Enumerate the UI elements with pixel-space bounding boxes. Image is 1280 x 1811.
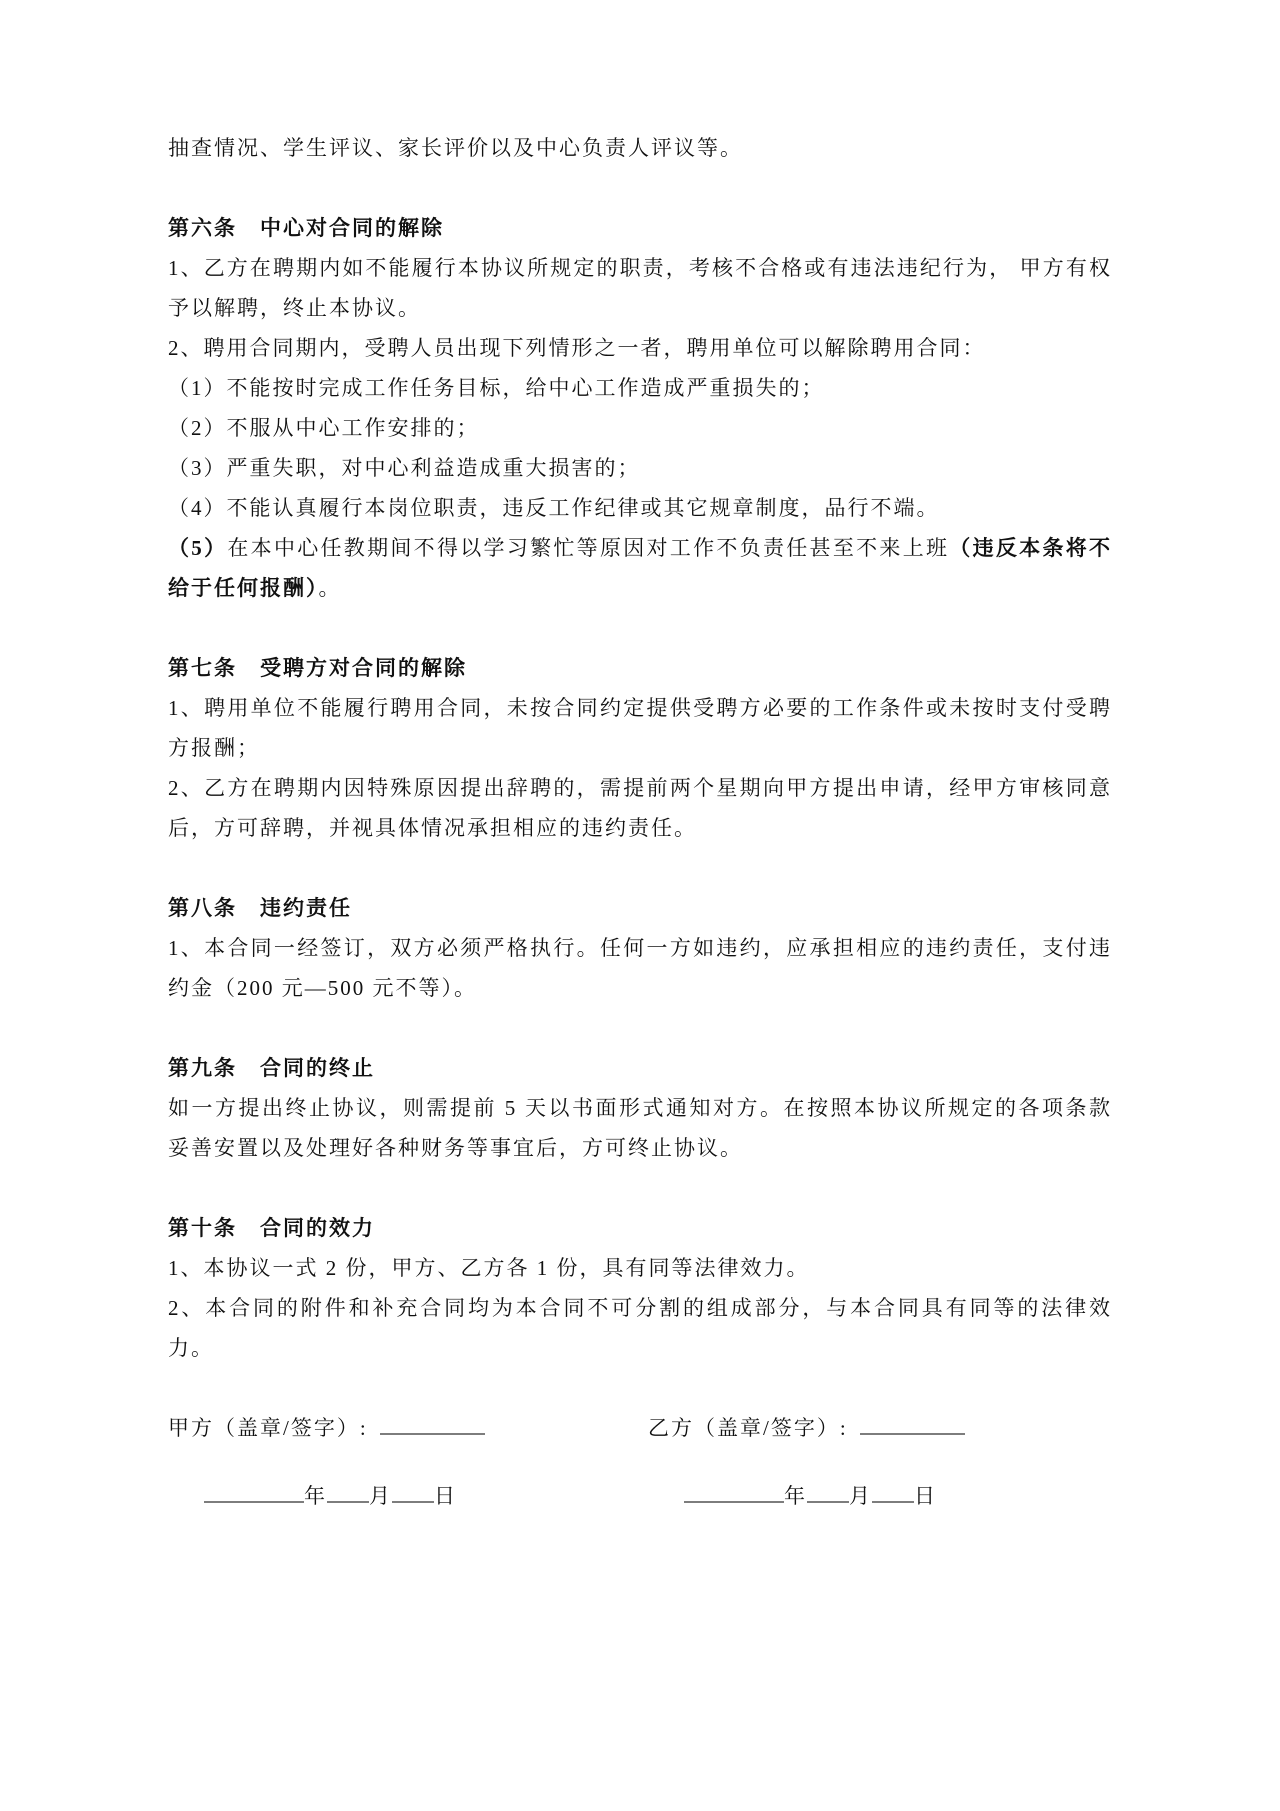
- text-run: 1、聘用单位不能履行聘用合同，未按合同约定提供受聘方必要的工作条件或未按时支付受…: [168, 696, 1112, 760]
- party-a-day-blank: [392, 1480, 434, 1503]
- contract-paragraph: 2、聘用合同期内，受聘人员出现下列情形之一者，聘用单位可以解除聘用合同：: [168, 328, 1112, 368]
- text-run: 。: [319, 576, 342, 600]
- section-heading: 第六条 中心对合同的解除: [168, 208, 1112, 248]
- text-run: （3）严重失职，对中心利益造成重大损害的；: [168, 456, 641, 480]
- party-a-signature-line: 甲方（盖章/签字）:: [168, 1408, 648, 1448]
- text-run: 2、本合同的附件和补充合同均为本合同不可分割的组成部分，与本合同具有同等的法律效…: [168, 1296, 1112, 1360]
- contract-document: 抽查情况、学生评议、家长评价以及中心负责人评议等。 第六条 中心对合同的解除1、…: [168, 128, 1112, 1516]
- contract-paragraph: 1、本协议一式 2 份，甲方、乙方各 1 份，具有同等法律效力。: [168, 1248, 1112, 1288]
- document-page: 抽查情况、学生评议、家长评价以及中心负责人评议等。 第六条 中心对合同的解除1、…: [0, 0, 1280, 1811]
- text-run: （4）不能认真履行本岗位职责，违反工作纪律或其它规章制度，品行不端。: [168, 496, 940, 520]
- contract-paragraph: （4）不能认真履行本岗位职责，违反工作纪律或其它规章制度，品行不端。: [168, 488, 1112, 528]
- party-b-day-blank: [872, 1480, 914, 1503]
- party-b-label: 乙方（盖章/签字）:: [648, 1416, 848, 1440]
- contract-paragraph: （3）严重失职，对中心利益造成重大损害的；: [168, 448, 1112, 488]
- party-a-signature-blank: [380, 1412, 485, 1435]
- text-run: 如一方提出终止协议，则需提前 5 天以书面形式通知对方。在按照本协议所规定的各项…: [168, 1096, 1112, 1160]
- contract-section: 第九条 合同的终止如一方提出终止协议，则需提前 5 天以书面形式通知对方。在按照…: [168, 1048, 1112, 1168]
- bold-text-run: （5）: [168, 536, 227, 560]
- month-label: 月: [369, 1484, 392, 1508]
- party-b-signature-blank: [860, 1412, 965, 1435]
- party-b-year-blank: [684, 1480, 784, 1503]
- party-a-label: 甲方（盖章/签字）:: [168, 1416, 368, 1440]
- text-run: 2、乙方在聘期内因特殊原因提出辞聘的，需提前两个星期向甲方提出申请，经甲方审核同…: [168, 776, 1112, 840]
- party-a-year-blank: [204, 1480, 304, 1503]
- party-b-signature-block: 乙方（盖章/签字）: 年月日: [648, 1408, 1112, 1516]
- section-heading: 第八条 违约责任: [168, 888, 1112, 928]
- contract-section: 第六条 中心对合同的解除1、乙方在聘期内如不能履行本协议所规定的职责，考核不合格…: [168, 208, 1112, 608]
- party-a-date-line: 年月日: [168, 1476, 648, 1516]
- contract-paragraph: 1、乙方在聘期内如不能履行本协议所规定的职责，考核不合格或有违法违纪行为， 甲方…: [168, 248, 1112, 328]
- year-label: 年: [784, 1484, 807, 1508]
- contract-sections: 第六条 中心对合同的解除1、乙方在聘期内如不能履行本协议所规定的职责，考核不合格…: [168, 208, 1112, 1368]
- section-heading: 第九条 合同的终止: [168, 1048, 1112, 1088]
- section-heading: 第十条 合同的效力: [168, 1208, 1112, 1248]
- party-a-signature-block: 甲方（盖章/签字）: 年月日: [168, 1408, 648, 1516]
- day-label: 日: [914, 1484, 937, 1508]
- text-run: 1、乙方在聘期内如不能履行本协议所规定的职责，考核不合格或有违法违纪行为， 甲方…: [168, 256, 1112, 320]
- contract-paragraph: 如一方提出终止协议，则需提前 5 天以书面形式通知对方。在按照本协议所规定的各项…: [168, 1088, 1112, 1168]
- text-run: 1、本合同一经签订，双方必须严格执行。任何一方如违约，应承担相应的违约责任，支付…: [168, 936, 1112, 1000]
- contract-paragraph: （2）不服从中心工作安排的；: [168, 408, 1112, 448]
- contract-paragraph: 2、本合同的附件和补充合同均为本合同不可分割的组成部分，与本合同具有同等的法律效…: [168, 1288, 1112, 1368]
- intro-line: 抽查情况、学生评议、家长评价以及中心负责人评议等。: [168, 128, 1112, 168]
- contract-paragraph: （1）不能按时完成工作任务目标，给中心工作造成严重损失的；: [168, 368, 1112, 408]
- signature-row: 甲方（盖章/签字）: 年月日 乙方（盖章/签字）: 年月日: [168, 1408, 1112, 1516]
- contract-paragraph: （5）在本中心任教期间不得以学习繁忙等原因对工作不负责任甚至不来上班（违反本条将…: [168, 528, 1112, 608]
- text-run: （2）不服从中心工作安排的；: [168, 416, 480, 440]
- party-a-month-blank: [327, 1480, 369, 1503]
- text-run: 1、本协议一式 2 份，甲方、乙方各 1 份，具有同等法律效力。: [168, 1256, 810, 1280]
- party-b-signature-line: 乙方（盖章/签字）:: [648, 1408, 1112, 1448]
- month-label: 月: [849, 1484, 872, 1508]
- party-b-date-line: 年月日: [648, 1476, 1112, 1516]
- contract-section: 第八条 违约责任1、本合同一经签订，双方必须严格执行。任何一方如违约，应承担相应…: [168, 888, 1112, 1008]
- text-run: 2、聘用合同期内，受聘人员出现下列情形之一者，聘用单位可以解除聘用合同：: [168, 336, 986, 360]
- contract-paragraph: 1、聘用单位不能履行聘用合同，未按合同约定提供受聘方必要的工作条件或未按时支付受…: [168, 688, 1112, 768]
- section-heading: 第七条 受聘方对合同的解除: [168, 648, 1112, 688]
- day-label: 日: [434, 1484, 457, 1508]
- party-b-month-blank: [807, 1480, 849, 1503]
- contract-section: 第十条 合同的效力1、本协议一式 2 份，甲方、乙方各 1 份，具有同等法律效力…: [168, 1208, 1112, 1368]
- contract-section: 第七条 受聘方对合同的解除1、聘用单位不能履行聘用合同，未按合同约定提供受聘方必…: [168, 648, 1112, 848]
- year-label: 年: [304, 1484, 327, 1508]
- contract-paragraph: 2、乙方在聘期内因特殊原因提出辞聘的，需提前两个星期向甲方提出申请，经甲方审核同…: [168, 768, 1112, 848]
- text-run: 在本中心任教期间不得以学习繁忙等原因对工作不负责任甚至不来上班: [227, 536, 949, 560]
- contract-paragraph: 1、本合同一经签订，双方必须严格执行。任何一方如违约，应承担相应的违约责任，支付…: [168, 928, 1112, 1008]
- text-run: （1）不能按时完成工作任务目标，给中心工作造成严重损失的；: [168, 376, 825, 400]
